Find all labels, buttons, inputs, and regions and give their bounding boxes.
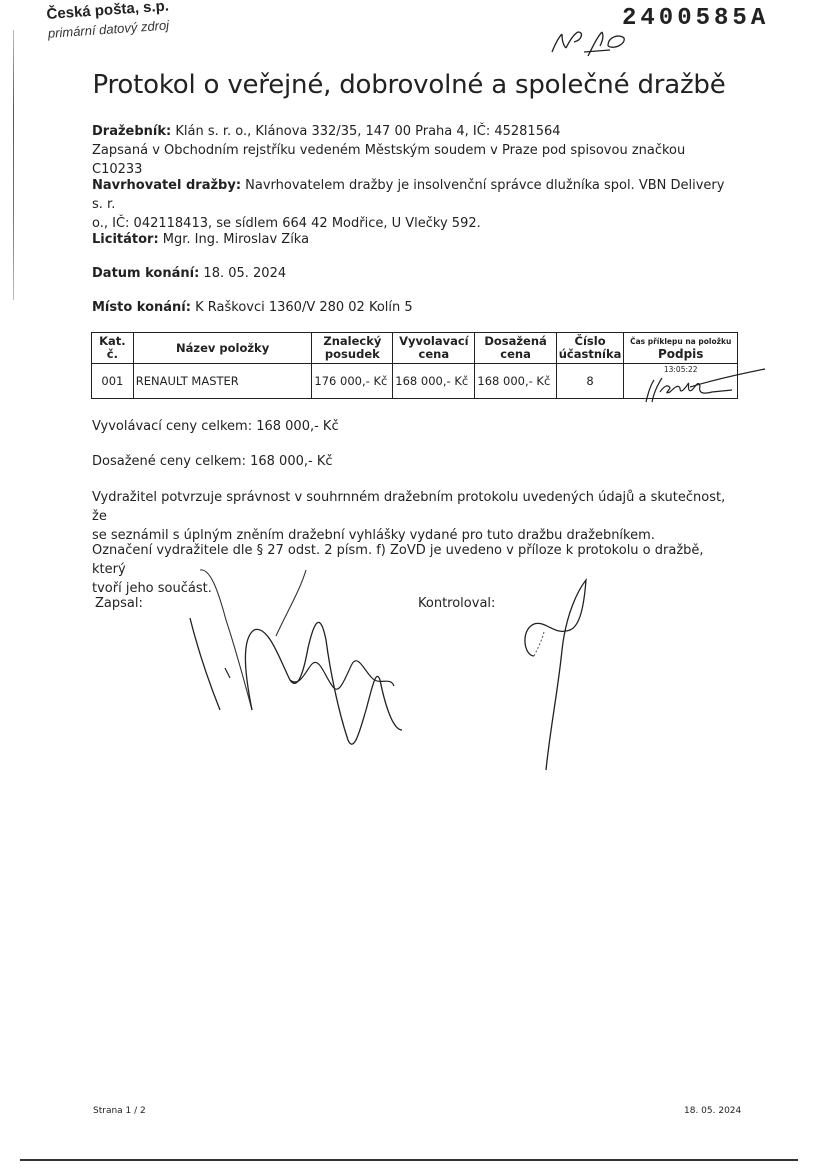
header-signature: Čas příklepu na položku Podpis <box>624 333 738 364</box>
cell-start-price: 168 000,- Kč <box>393 364 475 399</box>
cell-name: RENAULT MASTER <box>133 364 312 399</box>
header-expert-value: Znalecký posudek <box>312 333 393 364</box>
licitator-label: Licitátor: <box>92 232 159 247</box>
footer-date: 18. 05. 2024 <box>684 1106 741 1116</box>
proposer-label: Navrhovatel dražby: <box>92 178 241 193</box>
cell-final-price: 168 000,- Kč <box>475 364 556 399</box>
date-value: 18. 05. 2024 <box>203 266 286 281</box>
header-start-price: Vyvolavací cena <box>393 333 475 364</box>
place-row: Místo konání: K Raškovci 1360/V 280 02 K… <box>92 298 413 317</box>
table-header-row: Kat. č. Název položky Znalecký posudek V… <box>92 333 738 364</box>
auctioneer-label: Dražebník: <box>92 124 171 139</box>
place-value: K Raškovci 1360/V 280 02 Kolín 5 <box>195 300 413 315</box>
checked-by-label: Kontroloval: <box>418 596 495 611</box>
auctioneer-value: Klán s. r. o., Klánova 332/35, 147 00 Pr… <box>175 124 560 139</box>
place-label: Místo konání: <box>92 300 191 315</box>
checker-signature <box>520 570 600 780</box>
header-participant: Číslo účastníka <box>556 333 624 364</box>
cell-participant: 8 <box>556 364 624 399</box>
post-stamp: Česká pošta, s.p. primární datový zdroj <box>46 0 171 41</box>
annex-note: Označení vydražitele dle § 27 odst. 2 pí… <box>92 541 732 598</box>
header-kat: Kat. č. <box>92 333 134 364</box>
auctioneer-registration: Zapsaná v Obchodním rejstříku vedeném Mě… <box>92 141 732 179</box>
page-number: Strana 1 / 2 <box>93 1106 146 1116</box>
recorded-by-label: Zapsal: <box>95 596 143 611</box>
document-id: 2400585A <box>622 5 769 32</box>
bottom-rule <box>20 1159 798 1161</box>
proposer-block: Navrhovatel dražby: Navrhovatelem dražby… <box>92 176 732 233</box>
licitator-value: Mgr. Ing. Miroslav Zíka <box>163 232 309 247</box>
licitator-row: Licitátor: Mgr. Ing. Miroslav Zíka <box>92 230 309 249</box>
signature-tail-stroke <box>690 365 770 395</box>
final-total: Dosažené ceny celkem: 168 000,- Kč <box>92 452 333 471</box>
header-final-price: Dosažená cena <box>475 333 556 364</box>
items-table: Kat. č. Název položky Znalecký posudek V… <box>91 332 738 399</box>
date-label: Datum konání: <box>92 266 199 281</box>
start-total: Vyvolávací ceny celkem: 168 000,- Kč <box>92 417 339 436</box>
page-title: Protokol o veřejné, dobrovolné a společn… <box>0 70 818 100</box>
cell-expert-value: 176 000,- Kč <box>312 364 393 399</box>
auctioneer-block: Dražebník: Klán s. r. o., Klánova 332/35… <box>92 122 732 179</box>
table-row: 001 RENAULT MASTER 176 000,- Kč 168 000,… <box>92 364 738 399</box>
confirmation-text: Vydražitel potvrzuje správnost v souhrnn… <box>92 488 732 545</box>
cell-kat: 001 <box>92 364 134 399</box>
date-row: Datum konání: 18. 05. 2024 <box>92 264 286 283</box>
header-name: Název položky <box>133 333 312 364</box>
